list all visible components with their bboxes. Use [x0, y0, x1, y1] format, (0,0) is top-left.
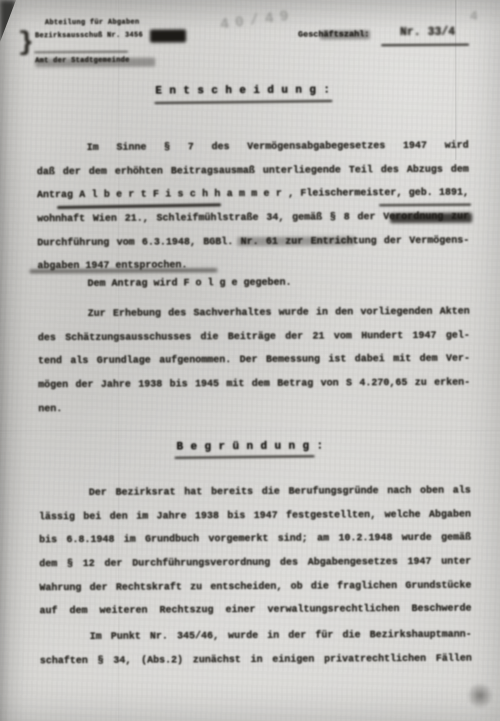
- heading-decision-underline: [154, 100, 332, 104]
- text-line: schaften § 34, (Abs.2) zunächst in einig…: [40, 647, 472, 673]
- text-line: nen.: [38, 395, 470, 421]
- reference-number: Nr. 33/4: [400, 26, 455, 39]
- heading-decision: E n t s c h e i d u n g :: [155, 85, 330, 98]
- text-line: auf dem weiteren Rechtszug einer verwalt…: [39, 598, 471, 624]
- letterhead-underline: [34, 51, 128, 53]
- text-line: des Schätzungsausschusses die Beiträge d…: [38, 324, 470, 350]
- brace-mark: }: [18, 27, 34, 57]
- text-line: dem § 12 der Durchführungsverordnung des…: [39, 551, 471, 577]
- letterhead-line-1: Abteilung für Abgaben: [45, 19, 140, 28]
- text-line: mögen der Jahre 1938 bis 1945 mit dem Be…: [38, 372, 470, 398]
- text-line: Zur Erhebung des Sachverhaltes wurde in …: [38, 301, 470, 327]
- heading-reasons-underline: [175, 455, 315, 459]
- letterhead: } Abteilung für Abgaben Bezirksausschuß …: [0, 0, 498, 2]
- text-line: Der Bezirksrat hat bereits die Berufungs…: [39, 480, 471, 506]
- text-line: Im Sinne § 7 des Vermögensabgabegesetzes…: [37, 135, 469, 161]
- pencil-smudge: [466, 683, 494, 709]
- reference-underline: [381, 44, 469, 47]
- text-line: tend als Grundlage aufgenommen. Der Beme…: [38, 348, 470, 374]
- heading-reasons: B e g r ü n d u n g :: [176, 441, 323, 454]
- document-content: } Abteilung für Abgaben Bezirksausschuß …: [0, 0, 500, 721]
- text-line: abgaben 1947 entsprochen.: [37, 253, 469, 279]
- page-corner-mark: 4: [470, 9, 478, 24]
- paragraph-2: Zur Erhebung des Sachverhaltes wurde in …: [38, 301, 471, 422]
- text-line: daß der dem erhöhten Beitragsausmaß unte…: [37, 158, 469, 184]
- reference-ink-smear: [320, 30, 370, 39]
- paragraph-4: Im Punkt Nr. 345/46, wurde in der für di…: [40, 624, 472, 674]
- letterhead-ink-smear: [35, 58, 155, 68]
- letterhead-line-2: Bezirksausschuß Nr. 3456: [35, 32, 143, 41]
- ink-smear: [237, 236, 355, 246]
- over-inked-words: [390, 213, 472, 224]
- text-line: lässig bei den im Jahre 1938 bis 1947 fe…: [39, 503, 471, 529]
- text-line: Im Punkt Nr. 345/46, wurde in der für di…: [40, 624, 472, 650]
- letterhead-redaction-blob: [150, 29, 186, 42]
- text-line: Wahrung der Rechtskraft zu entscheiden, …: [39, 574, 471, 600]
- decision-sentence: Dem Antrag wird F o l g e gegeben.: [87, 278, 291, 290]
- faint-pencil-stamp: 40/49: [219, 7, 296, 33]
- scanned-document-page: } Abteilung für Abgaben Bezirksausschuß …: [0, 0, 500, 721]
- reference-block: Geschäftszahl: Nr. 33/4: [0, 0, 498, 2]
- text-line: bis 6.8.1948 im Grundbuch vorgemerkt sin…: [39, 527, 471, 553]
- paragraph-3: Der Bezirksrat hat bereits die Berufungs…: [39, 480, 472, 625]
